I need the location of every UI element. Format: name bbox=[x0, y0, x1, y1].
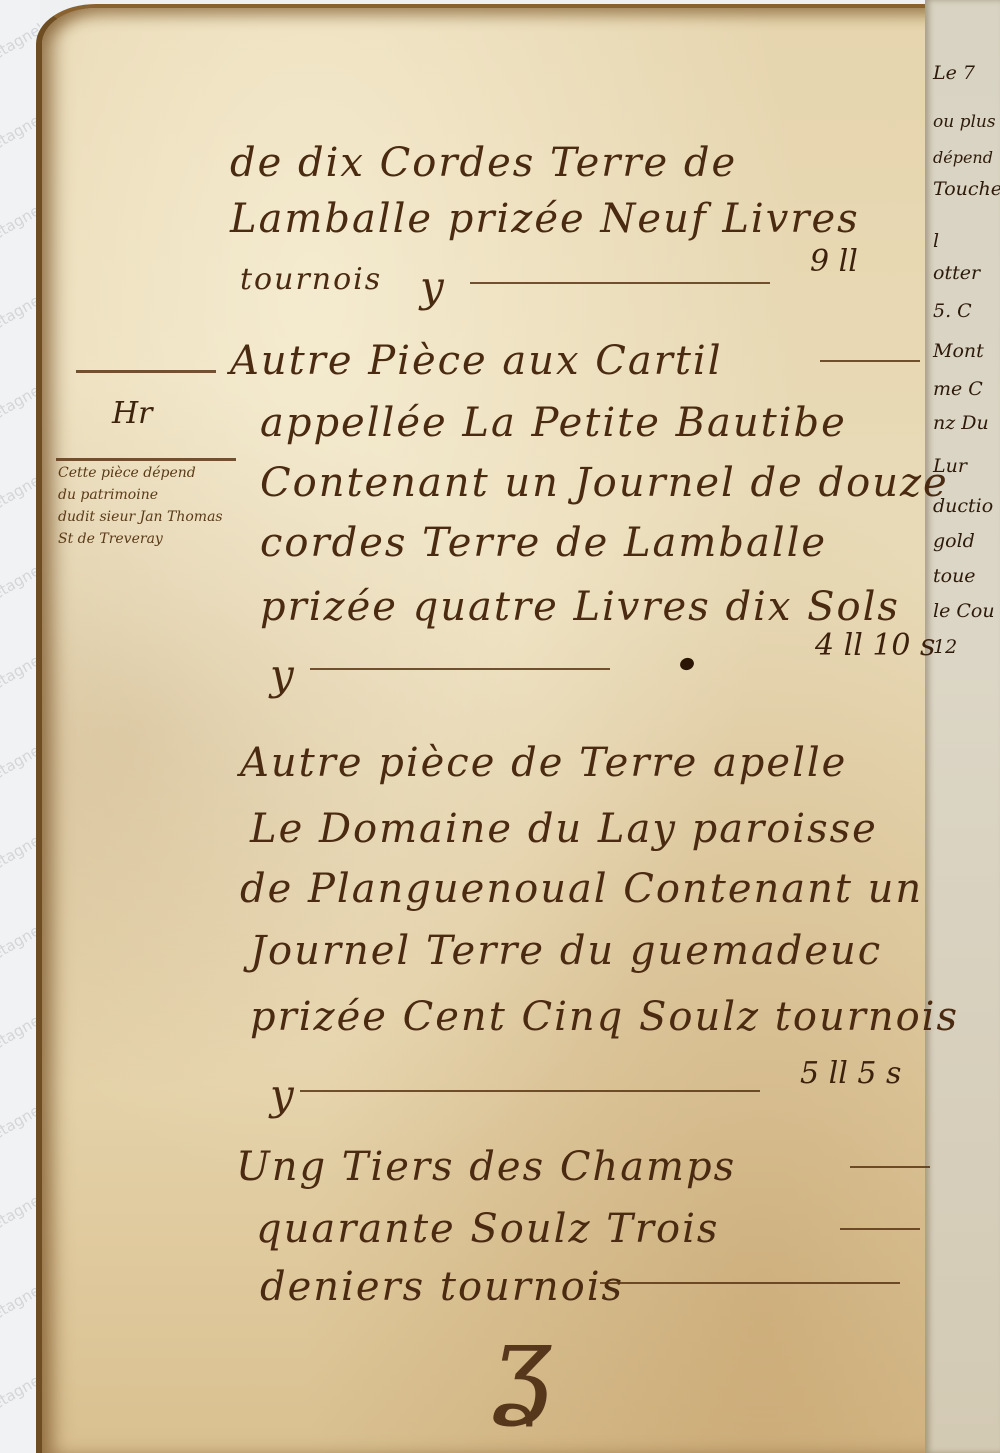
paraph-mark: y bbox=[420, 262, 444, 311]
right-fragment: 12 bbox=[933, 636, 957, 658]
adjacent-page: Le 7 ou plus dépend Touche l otter 5. C … bbox=[925, 0, 1000, 1453]
text-line: prizée Cent Cinq Soulz tournois bbox=[250, 994, 959, 1040]
amount: 9 ll bbox=[810, 244, 858, 279]
right-fragment: Touche bbox=[933, 178, 1000, 200]
amount: 5 ll 5 s bbox=[800, 1056, 901, 1091]
text-line: Autre pièce de Terre apelle bbox=[240, 740, 847, 786]
right-fragment: toue bbox=[933, 565, 976, 587]
filler-rule bbox=[470, 282, 770, 284]
right-fragment: Le 7 bbox=[933, 62, 975, 84]
margin-note-line: Cette pièce dépend bbox=[58, 462, 258, 484]
margin-rule bbox=[56, 458, 236, 461]
text-line: de Planguenoual Contenant un bbox=[240, 866, 923, 912]
paraph-mark: y bbox=[270, 1070, 294, 1119]
right-fragment: otter bbox=[933, 262, 980, 284]
filler-rule bbox=[840, 1228, 920, 1230]
text-line: prizée quatre Livres dix Sols bbox=[260, 584, 900, 630]
text-line: Journel Terre du guemadeuc bbox=[250, 928, 882, 974]
margin-note-line: dudit sieur Jan Thomas bbox=[58, 506, 258, 528]
background-watermark: BretagneWeb.com BretagneWeb.com Bretagne… bbox=[0, 0, 40, 1453]
right-fragment: 5. C bbox=[933, 300, 972, 322]
right-fragment: dépend bbox=[933, 148, 993, 167]
text-line: Lamballe prizée Neuf Livres bbox=[230, 196, 860, 242]
filler-rule bbox=[820, 360, 920, 362]
right-fragment: me C bbox=[933, 378, 983, 400]
text-line: deniers tournois bbox=[260, 1264, 624, 1310]
right-fragment: ou plus bbox=[933, 112, 996, 132]
margin-rule bbox=[76, 370, 216, 373]
text-line: cordes Terre de Lamballe bbox=[260, 520, 827, 566]
right-fragment: le Cou bbox=[933, 600, 995, 622]
margin-mark: Hr bbox=[112, 396, 153, 431]
filler-rule bbox=[600, 1282, 900, 1284]
margin-note: Cette pièce dépend du patrimoine dudit s… bbox=[58, 462, 258, 550]
margin-note-line: St de Treveray bbox=[58, 528, 258, 550]
text-line: Contenant un Journel de douze bbox=[260, 460, 949, 506]
text-line: tournois bbox=[240, 262, 382, 297]
filler-rule bbox=[850, 1166, 930, 1168]
text-line: appellée La Petite Bautibe bbox=[260, 400, 847, 446]
amount: 4 ll 10 s bbox=[815, 628, 935, 663]
right-fragment: gold bbox=[933, 530, 975, 552]
text-line: quarante Soulz Trois bbox=[256, 1206, 719, 1252]
paraph-mark: y bbox=[270, 650, 294, 699]
text-line: Le Domaine du Lay paroisse bbox=[250, 806, 878, 852]
right-fragment: l bbox=[933, 230, 939, 252]
signature-paraph: ʓ bbox=[490, 1300, 552, 1428]
right-fragment: Mont bbox=[933, 340, 984, 362]
right-fragment: nz Du bbox=[933, 412, 989, 434]
margin-note-line: du patrimoine bbox=[58, 484, 258, 506]
text-line: Ung Tiers des Champs bbox=[236, 1144, 736, 1190]
text-line: de dix Cordes Terre de bbox=[230, 140, 737, 186]
filler-rule bbox=[300, 1090, 760, 1092]
filler-rule bbox=[310, 668, 610, 670]
text-line: Autre Pièce aux Cartil bbox=[230, 338, 723, 384]
